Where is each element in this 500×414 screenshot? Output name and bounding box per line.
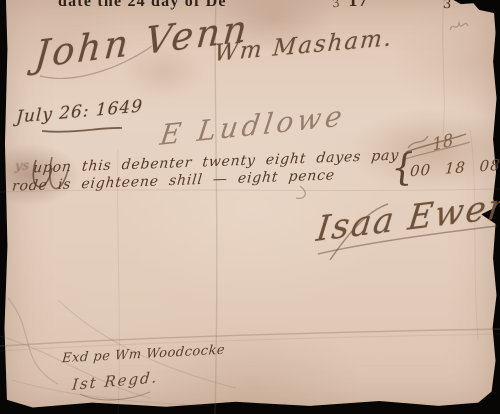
- document-photo: date the 24 day of De 3 17 3 John Venn W…: [0, 0, 500, 414]
- handwritten-number-3: 3: [442, 0, 451, 12]
- body-text-line-1-prefix: ys: [14, 159, 29, 175]
- handwritten-small-mark: 3: [331, 0, 340, 10]
- printed-date-line: date the 24 day of De: [58, 0, 227, 11]
- handwritten-number-17: 17: [348, 0, 367, 10]
